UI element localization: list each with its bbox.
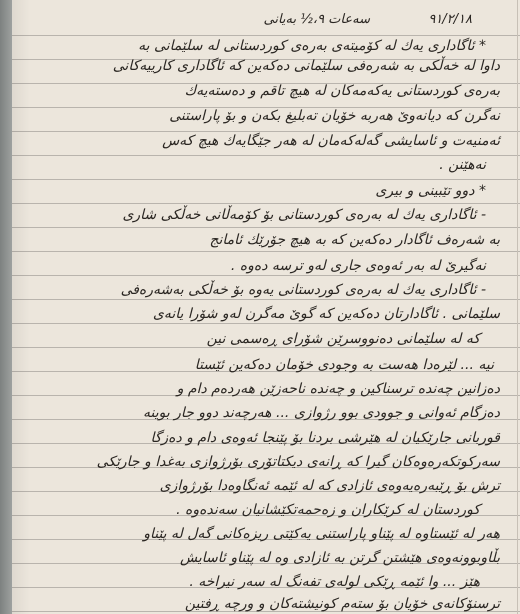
- handwritten-line: سەركوتكەرەوەكان گیرا كە ڕانەی دیكتاتۆری …: [97, 454, 500, 470]
- handwritten-line: نەگرن كە دیانەوێ هەربە خۆیان تەبلیغ بكەن…: [169, 108, 500, 124]
- handwritten-line: بەرەی كوردستانی یەكەمەكان لە هیچ تاقم و …: [185, 83, 500, 99]
- handwritten-line: قوربانی جارێكیان لە هێرشی بردنا بۆ پێنجا…: [150, 430, 500, 446]
- header-date: ٩١/٢/١٨: [428, 12, 472, 27]
- handwritten-line: بە شەرەف ئاگادار دەكەین كە بە هیچ جۆرێك …: [209, 232, 500, 248]
- handwritten-line: * دوو تێبینی و بیری: [375, 183, 486, 199]
- handwritten-line: سلێمانی . ئاگادارتان دەكەین كە گوێ مەگرن…: [153, 306, 500, 322]
- handwritten-line: ئەمنیەت و ئاسایشی گەلەكەمان لە هەر جێگای…: [162, 133, 500, 149]
- handwritten-line: - ئاگاداری یەك لە بەرەی كوردستانی بۆ كۆم…: [122, 207, 486, 223]
- handwritten-line: داوا لە خەڵكی بە شەرەفی سلێمانی دەكەین ك…: [113, 58, 500, 74]
- margin-line: [517, 0, 518, 614]
- notebook-page: ٩١/٢/١٨ سەعات ٩،½ بەیانی * ئاگاداری یەك …: [12, 0, 520, 614]
- handwritten-line: * ئاگاداری یەك لە كۆمیتەی بەرەی كوردستان…: [138, 38, 486, 54]
- handwritten-line: كوردستان لە كرێكاران و زەحمەتكێشانیان سە…: [176, 502, 480, 518]
- handwritten-line: دەزانین چەندە ترسناكین و چەندە ناحەزێن ه…: [177, 381, 500, 397]
- handwritten-line: نەگیرێ لە بەر ئەوەی جاری لەو ترسە دەوە .: [231, 258, 486, 274]
- handwritten-line: هەر لە ئێستاوە لە پێناو پاراستنی یەكێتی …: [143, 526, 500, 542]
- handwritten-line: نیە ... لێرەدا هەست بە وجودی خۆمان دەكەی…: [195, 357, 494, 373]
- handwritten-line: هێز ... وا ئێمە ڕێكی لولەی تفەنگ لە سەر …: [189, 574, 480, 590]
- handwritten-line: - ئاگاداری یەك لە بەرەی كوردستانی یەوە ب…: [121, 282, 486, 298]
- handwritten-line: بڵاوبوونەوەی هێشتن گرتن بە ئازادی وە لە …: [180, 550, 500, 566]
- handwritten-line: دەزگام ئەوانی و جوودی بوو رژوازی ... هەر…: [143, 405, 500, 421]
- handwritten-line: كە لە سلێمانی دەنووسرێن شۆرای ڕەسمی نین: [207, 331, 480, 347]
- header-time: سەعات ٩،½ بەیانی: [264, 12, 371, 27]
- handwritten-line: ترسنۆكانەی خۆیان بۆ ستەم كونیشتەكان و ور…: [185, 596, 500, 612]
- handwritten-line: نەهێنن .: [439, 157, 486, 173]
- handwritten-line: ترش بۆ ڕێبەرەیەوەی ئازادی كە لە ئێمە ئەن…: [160, 478, 500, 494]
